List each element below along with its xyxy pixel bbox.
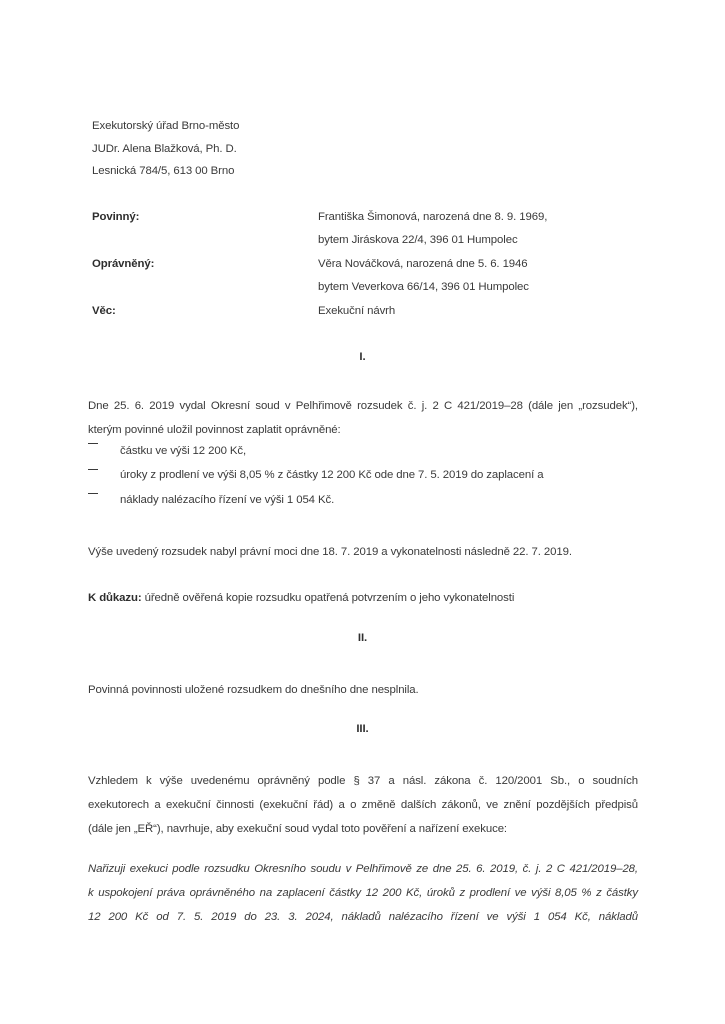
evidence-line: K důkazu: úředně ověřená kopie rozsudku … <box>88 586 638 610</box>
list-item: částku ve výši 12 200 Kč, <box>120 445 246 457</box>
debtor-label: Povinný: <box>92 211 139 223</box>
section-1-heading: I. <box>0 351 725 363</box>
section-2-text: Povinná povinnosti uložené rozsudkem do … <box>88 678 638 702</box>
evidence-text: úředně ověřená kopie rozsudku opatřená p… <box>142 592 515 604</box>
order-line1: Nařizuji exekuci podle rozsudku Okresníh… <box>88 857 638 881</box>
section-1-intro-line1: Dne 25. 6. 2019 vydal Okresní soud v Pel… <box>88 394 638 418</box>
sender-block: Exekutorský úřad Brno-město JUDr. Alena … <box>92 115 239 183</box>
creditor-line1: Věra Nováčková, narozená dne 5. 6. 1946 <box>318 258 528 270</box>
sender-name: JUDr. Alena Blažková, Ph. D. <box>92 138 239 161</box>
subject-value: Exekuční návrh <box>318 305 395 317</box>
sender-address: Lesnická 784/5, 613 00 Brno <box>92 160 239 183</box>
document-page: Exekutorský úřad Brno-město JUDr. Alena … <box>0 0 725 1024</box>
debtor-line2: bytem Jiráskova 22/4, 396 01 Humpolec <box>318 234 518 246</box>
creditor-line2: bytem Veverkova 66/14, 396 01 Humpolec <box>318 281 529 293</box>
list-item: náklady nalézacího řízení ve výši 1 054 … <box>120 494 334 506</box>
section-3-line2: exekutorech a exekuční činnosti (exekučn… <box>88 793 638 817</box>
finality-statement: Výše uvedený rozsudek nabyl právní moci … <box>88 540 638 564</box>
section-3-line3: (dále jen „EŘ“), navrhuje, aby exekuční … <box>88 817 638 841</box>
order-line2: k uspokojení práva oprávněného na zaplac… <box>88 881 638 905</box>
section-2-heading: II. <box>0 632 725 644</box>
list-dash <box>88 443 98 444</box>
list-dash <box>88 469 98 470</box>
section-3-line1: Vzhledem k výše uvedenému oprávněný podl… <box>88 769 638 793</box>
subject-label: Věc: <box>92 305 116 317</box>
order-line3: 12 200 Kč od 7. 5. 2019 do 23. 3. 2024, … <box>88 905 638 929</box>
list-dash <box>88 493 98 494</box>
creditor-label: Oprávněný: <box>92 258 154 270</box>
list-item: úroky z prodlení ve výši 8,05 % z částky… <box>120 469 543 481</box>
section-1-intro-line2: kterým povinné uložil povinnost zaplatit… <box>88 418 638 442</box>
section-3-heading: III. <box>0 723 725 735</box>
evidence-label: K důkazu: <box>88 592 142 604</box>
sender-office: Exekutorský úřad Brno-město <box>92 115 239 138</box>
debtor-line1: Františka Šimonová, narozená dne 8. 9. 1… <box>318 211 547 223</box>
